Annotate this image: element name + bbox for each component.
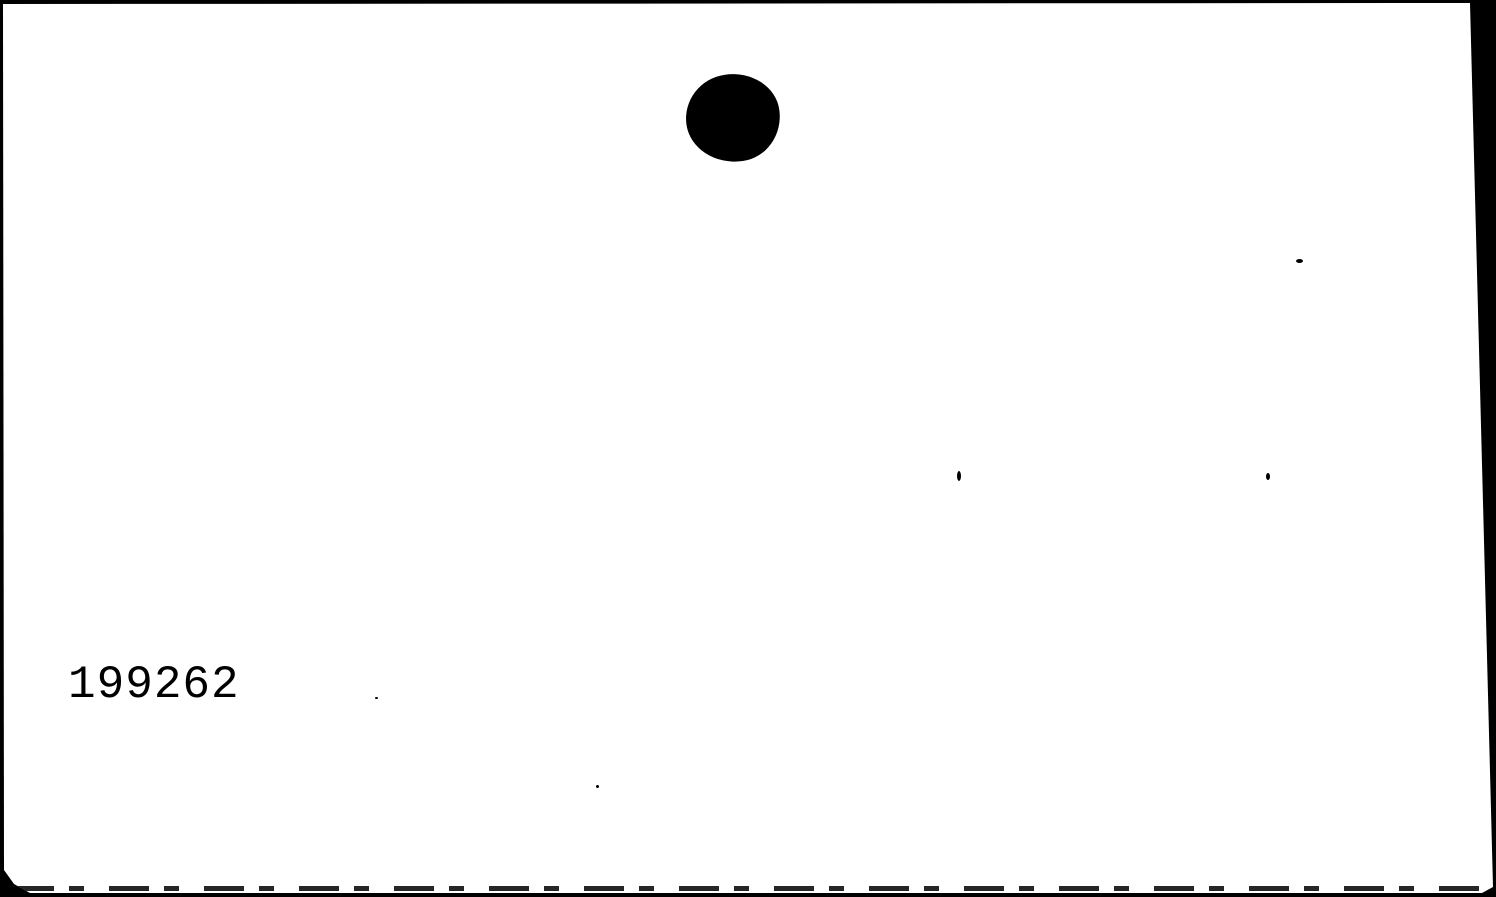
scan-speck (1296, 259, 1303, 263)
scan-speck (596, 785, 599, 788)
scan-speck (375, 697, 378, 699)
scan-speck (1266, 473, 1270, 480)
punch-hole-icon (680, 68, 785, 168)
index-card: 199262 (0, 0, 1496, 897)
scanned-card-image: 199262 (0, 0, 1496, 897)
card-number: 199262 (68, 662, 240, 708)
card-bottom-edge (14, 886, 1484, 891)
scan-speck (957, 471, 961, 481)
